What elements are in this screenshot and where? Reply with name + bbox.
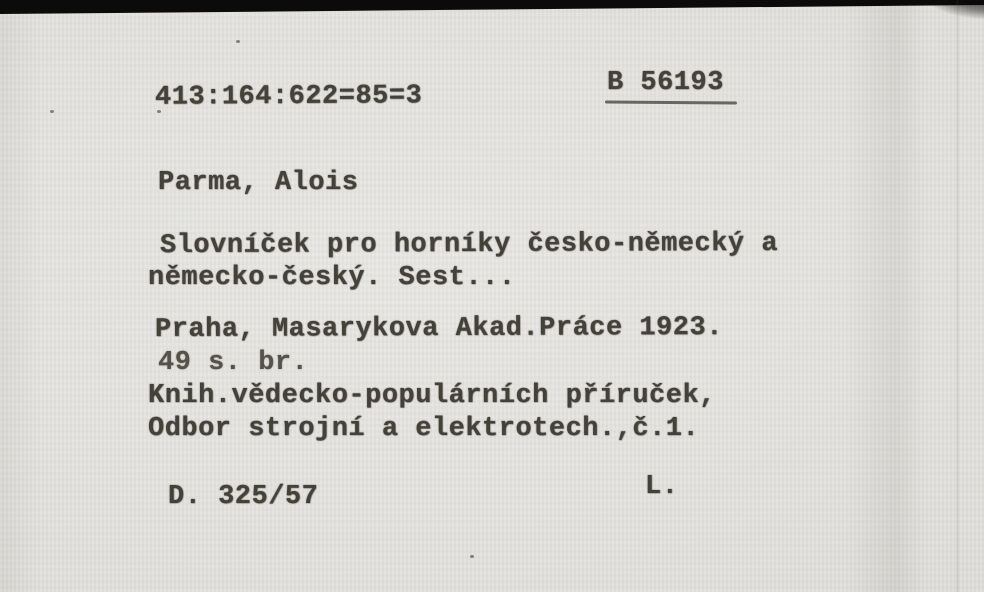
series-line-2: Odbor strojní a elektrotech.,č.1. <box>148 414 699 444</box>
paper-crease-line <box>956 0 959 592</box>
shelf-number: D. 325/57 <box>168 482 318 512</box>
series-line-1: Knih.vědecko-populárních příruček, <box>148 381 716 411</box>
paper-speck <box>50 110 54 113</box>
title-line-2: německo-český. Sest... <box>148 263 515 293</box>
author-name: Parma, Alois <box>158 168 358 198</box>
title-line-1: Slovníček pro horníky česko-německý a <box>160 229 778 261</box>
collation-line: 49 s. br. <box>158 348 308 378</box>
imprint-line: Praha, Masarykova Akad.Práce 1923. <box>155 313 723 345</box>
classification-number: 413:164:622=85=3 <box>155 81 422 112</box>
scanned-catalog-card: 413:164:622=85=3 B 56193 Parma, Alois Sl… <box>0 0 984 592</box>
accession-underline <box>605 101 737 105</box>
card-paper: 413:164:622=85=3 B 56193 Parma, Alois Sl… <box>0 0 984 592</box>
scanner-corner-shadow <box>922 0 984 20</box>
cataloguer-initial: L. <box>645 472 678 502</box>
paper-speck <box>470 555 474 558</box>
accession-number: B 56193 <box>607 68 724 98</box>
paper-speck <box>236 40 240 43</box>
